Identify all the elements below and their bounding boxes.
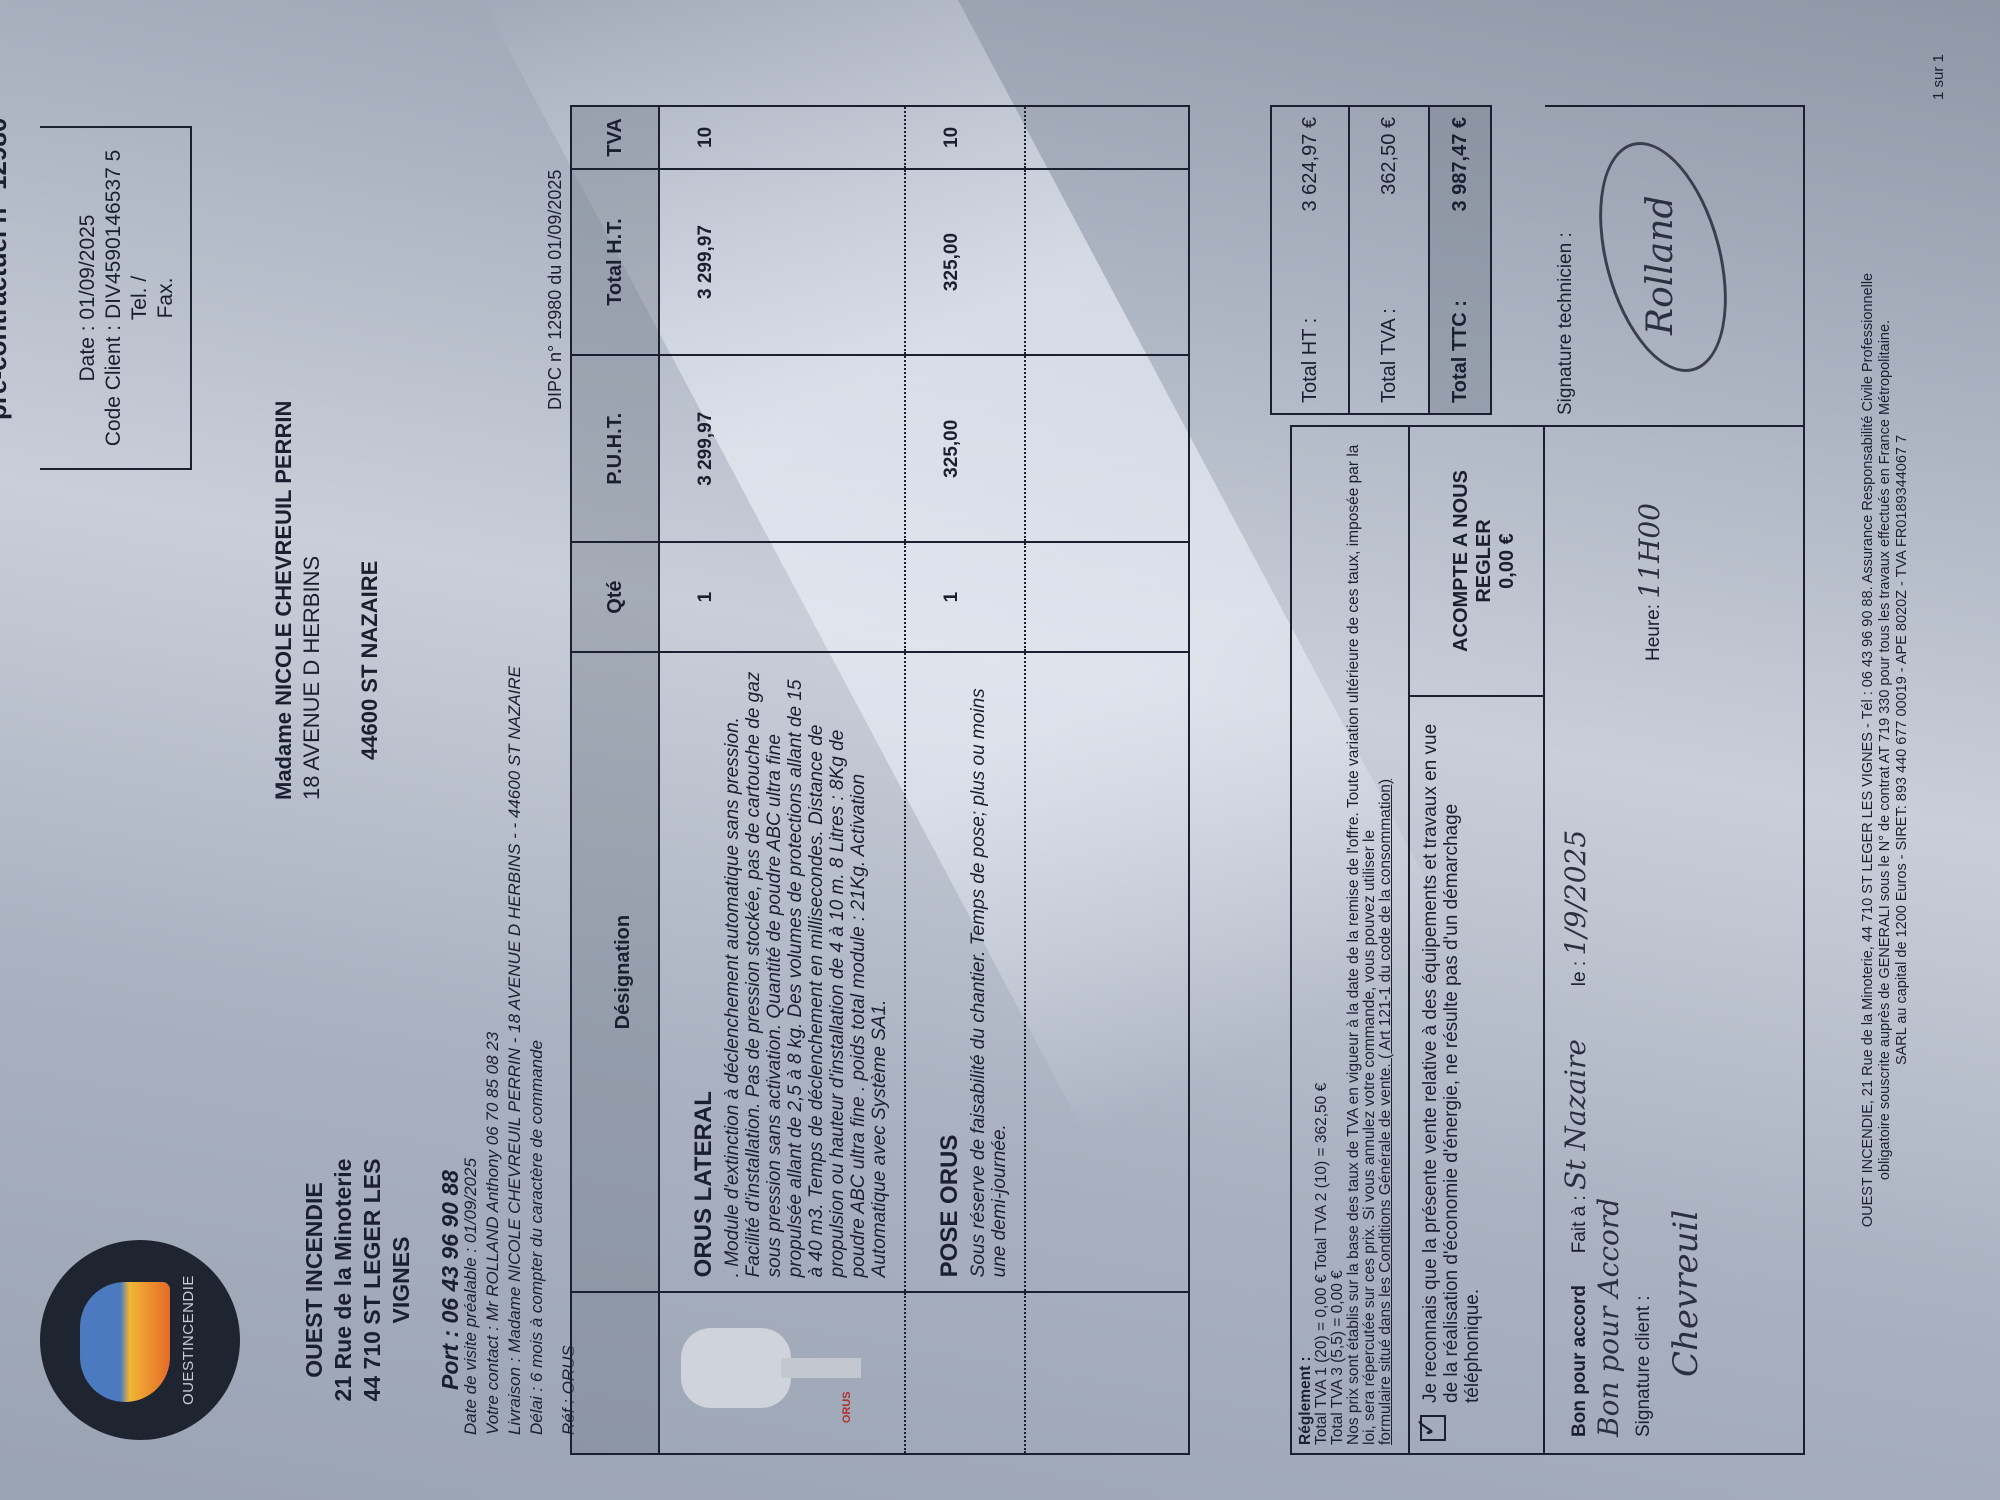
date-label: le : bbox=[1569, 961, 1590, 986]
technician-signature-label: Signature technicien : bbox=[1555, 117, 1577, 415]
items-table: Désignation Qté P.U.H.T. Total H.T. TVA … bbox=[570, 105, 1190, 1455]
handwritten-accord: Bon pour Accord bbox=[1592, 443, 1625, 1437]
visit-delivery: Livraison : Madame NICOLE CHEVREUIL PERR… bbox=[504, 535, 526, 1435]
tva-breakdown-1: Total TVA 1 (20) = 0,00 € Total TVA 2 (1… bbox=[1314, 435, 1330, 1445]
acompte-label: ACOMPTE A NOUS REGLER bbox=[1450, 427, 1496, 695]
client-address: Madame NICOLE CHEVREUIL PERRIN 18 AVENUE… bbox=[270, 300, 384, 800]
client-signature: Chevreuil bbox=[1666, 443, 1706, 1377]
visit-info: Date de visite préalable : 01/09/2025 Vo… bbox=[460, 535, 580, 1435]
total-ttc-label: Total TTC : bbox=[1449, 300, 1472, 403]
visit-date: Date de visite préalable : 01/09/2025 bbox=[460, 535, 482, 1435]
tva-cell: 10 bbox=[905, 106, 1025, 169]
header-qty: Qté bbox=[571, 542, 659, 652]
total-ttc-value: 3 987,47 € bbox=[1449, 117, 1472, 212]
flame-water-icon bbox=[80, 1282, 170, 1402]
designation-cell: ORUS LATERAL . Module d'extinction à déc… bbox=[659, 652, 905, 1292]
total-tva-label: Total TVA : bbox=[1378, 308, 1401, 403]
item-title: ORUS LATERAL bbox=[690, 667, 718, 1277]
header-designation: Désignation bbox=[571, 652, 659, 1292]
total-ht-row: Total HT : 3 624,97 € bbox=[1270, 105, 1350, 415]
extinguisher-product-image: ORUS bbox=[681, 1313, 871, 1433]
date-value: 1/9/2025 bbox=[1559, 830, 1592, 956]
visit-delay: Délai : 6 mois à compter du caractère de… bbox=[526, 535, 548, 1435]
accord-block: Bon pour accord Fait à : St Nazaire le :… bbox=[1545, 425, 1805, 1455]
footer-line-3: SARL au capital de 1200 Euros - SIRET: 8… bbox=[1894, 60, 1911, 1440]
product-image-cell: ORUS bbox=[659, 1292, 905, 1454]
client-street: 18 AVENUE D HERBINS bbox=[298, 300, 326, 800]
document-title: pré-contractuel n° 12980 bbox=[0, 118, 12, 420]
dipc-reference: DIPC n° 12980 du 01/09/2025 bbox=[545, 170, 566, 410]
company-name: OUEST INCENDIE bbox=[300, 1130, 329, 1430]
company-block: OUEST INCENDIE 21 Rue de la Minoterie 44… bbox=[300, 1130, 465, 1430]
acompte-block: ACOMPTE A NOUS REGLER 0,00 € bbox=[1410, 425, 1545, 695]
reglement-block: Réglement : Total TVA 1 (20) = 0,00 € To… bbox=[1290, 425, 1410, 1455]
visit-contact: Votre contact : Mr ROLLAND Anthony 06 70… bbox=[482, 535, 504, 1435]
footer-line-1: OUEST INCENDIE, 21 Rue de la Minoterie, … bbox=[1860, 60, 1877, 1440]
totals-block: Total HT : 3 624,97 € Total TVA : 362,50… bbox=[1270, 105, 1492, 415]
logo-text: OUESTINCENDIE bbox=[180, 1240, 197, 1440]
consent-text: Je reconnais que la présente vente relat… bbox=[1420, 724, 1483, 1403]
table-filler-row bbox=[1025, 106, 1189, 1454]
consent-block: Je reconnais que la présente vente relat… bbox=[1410, 695, 1545, 1455]
item-title: POSE ORUS bbox=[936, 667, 964, 1277]
header-image bbox=[571, 1292, 659, 1454]
document-date: Date : 01/09/2025 bbox=[75, 128, 101, 468]
total-cell: 325,00 bbox=[905, 169, 1025, 355]
technician-signature-block: Signature technicien : Rolland bbox=[1545, 105, 1805, 425]
company-city: 44 710 ST LEGER LES VIGNES bbox=[358, 1130, 416, 1430]
product-brand: ORUS bbox=[841, 1391, 853, 1423]
acompte-value: 0,00 € bbox=[1496, 427, 1519, 695]
total-ht-value: 3 624,97 € bbox=[1299, 117, 1322, 212]
fait-value: St Nazaire bbox=[1559, 1039, 1592, 1190]
company-logo: OUESTINCENDIE bbox=[40, 1240, 240, 1440]
price-conditions: Nos prix sont établis sur la base des ta… bbox=[1346, 435, 1378, 1445]
client-code: Code Client : DIV4590146537 5 bbox=[101, 128, 127, 468]
client-name: Madame NICOLE CHEVREUIL PERRIN bbox=[270, 300, 298, 800]
page-number: 1 sur 1 bbox=[1930, 54, 1947, 100]
header-unit-price: P.U.H.T. bbox=[571, 355, 659, 542]
withdrawal-form-note: formulaire situé dans les Conditions Gén… bbox=[1378, 435, 1394, 1445]
tva-breakdown-2: Total TVA 3 (5,5) = 0,00 € bbox=[1330, 435, 1346, 1445]
table-row: ORUS ORUS LATERAL . Module d'extinction … bbox=[659, 106, 905, 1454]
company-street: 21 Rue de la Minoterie bbox=[329, 1130, 358, 1430]
tva-cell: 10 bbox=[659, 106, 905, 169]
unit-price-cell: 3 299,97 bbox=[659, 355, 905, 542]
total-tva-value: 362,50 € bbox=[1378, 117, 1401, 195]
designation-cell: POSE ORUS Sous réserve de faisabilité du… bbox=[905, 652, 1025, 1292]
item-description: . Module d'extinction à déclenchement au… bbox=[722, 667, 890, 1277]
header-total: Total H.T. bbox=[571, 169, 659, 355]
client-fax: Fax. bbox=[153, 128, 179, 468]
total-ttc-row: Total TTC : 3 987,47 € bbox=[1430, 105, 1492, 415]
table-header: Désignation Qté P.U.H.T. Total H.T. TVA bbox=[571, 106, 659, 1454]
unit-price-cell: 325,00 bbox=[905, 355, 1025, 542]
total-ht-label: Total HT : bbox=[1299, 318, 1322, 403]
document-page: pré-contractuel n° 12980 Date : 01/09/20… bbox=[0, 0, 2000, 1500]
total-cell: 3 299,97 bbox=[659, 169, 905, 355]
qty-cell: 1 bbox=[905, 542, 1025, 652]
accord-label: Bon pour accord bbox=[1569, 1285, 1590, 1437]
reglement-label: Réglement : bbox=[1298, 435, 1314, 1445]
heure-label: Heure: bbox=[1643, 604, 1664, 661]
qty-cell: 1 bbox=[659, 542, 905, 652]
legal-footer: OUEST INCENDIE, 21 Rue de la Minoterie, … bbox=[1860, 60, 1911, 1440]
document-info-box: Date : 01/09/2025 Code Client : DIV45901… bbox=[40, 126, 192, 470]
fait-label: Fait à : bbox=[1569, 1195, 1590, 1253]
client-signature-label: Signature client : bbox=[1633, 1295, 1666, 1437]
client-tel: Tel. / bbox=[127, 128, 153, 468]
client-city: 44600 ST NAZAIRE bbox=[356, 300, 384, 800]
heure-value: 11H00 bbox=[1633, 503, 1666, 599]
total-tva-row: Total TVA : 362,50 € bbox=[1350, 105, 1430, 415]
header-tva: TVA bbox=[571, 106, 659, 169]
technician-signature: Rolland bbox=[1640, 196, 1681, 336]
consent-checkbox[interactable] bbox=[1420, 1415, 1446, 1441]
table-row: POSE ORUS Sous réserve de faisabilité du… bbox=[905, 106, 1025, 1454]
footer-line-2: obligatoire souscrite auprès de GENERALI… bbox=[1877, 60, 1894, 1440]
item-description: Sous réserve de faisabilité du chantier.… bbox=[968, 667, 1010, 1277]
